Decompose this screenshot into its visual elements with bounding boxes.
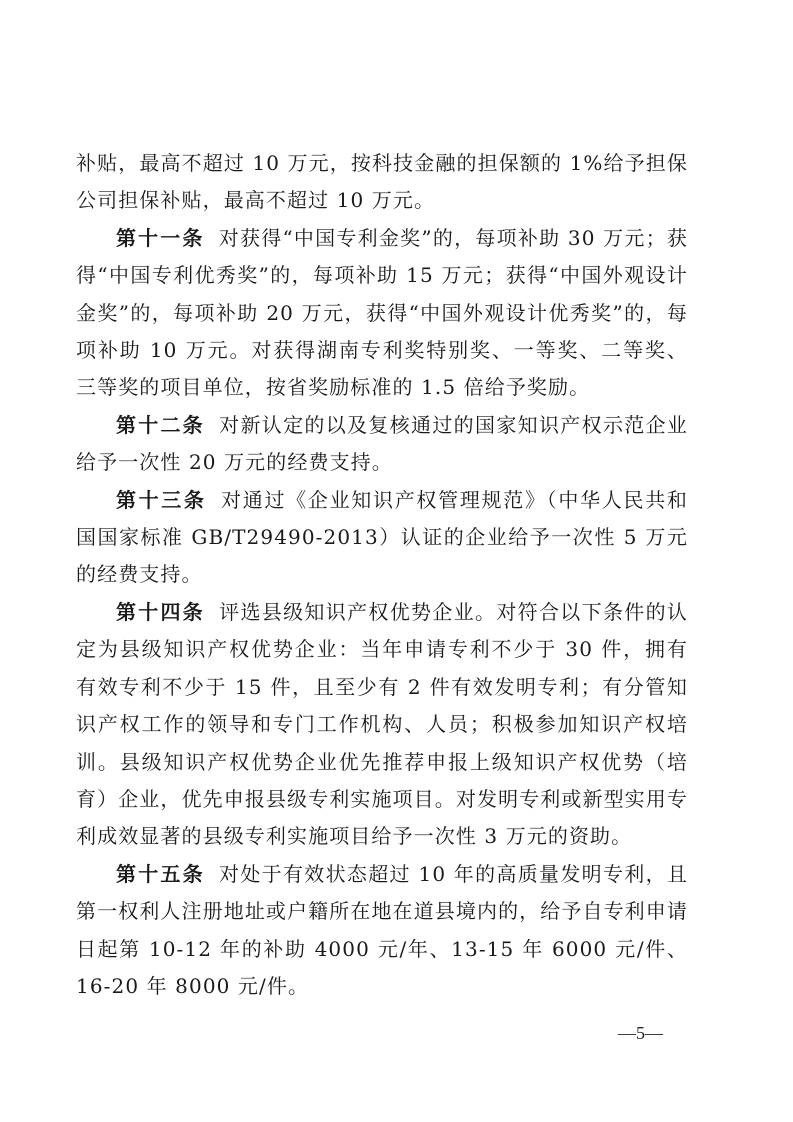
article-heading: 第十五条	[116, 862, 205, 886]
article-14: 第十四条评选县级知识产权优势企业。对符合以下条件的认定为县级知识产权优势企业：当…	[76, 594, 688, 856]
page-number: —5—	[618, 1023, 663, 1044]
article-heading: 第十一条	[116, 226, 205, 250]
article-heading: 第十三条	[116, 488, 206, 512]
article-11: 第十一条对获得“中国专利金奖”的，每项补助 30 万元；获得“中国专利优秀奖”的…	[76, 220, 688, 407]
document-page: 补贴，最高不超过 10 万元，按科技金融的担保额的 1%给予担保公司担保补贴，最…	[76, 145, 688, 1005]
article-12: 第十二条对新认定的以及复核通过的国家知识产权示范企业给予一次性 20 万元的经费…	[76, 407, 688, 482]
article-15: 第十五条对处于有效状态超过 10 年的高质量发明专利，且第一权利人注册地址或户籍…	[76, 856, 688, 1006]
article-heading: 第十四条	[116, 600, 205, 624]
article-heading: 第十二条	[116, 413, 205, 437]
article-text: 评选县级知识产权优势企业。对符合以下条件的认定为县级知识产权优势企业：当年申请专…	[76, 600, 688, 848]
article-text: 对获得“中国专利金奖”的，每项补助 30 万元；获得“中国专利优秀奖”的，每项补…	[76, 226, 688, 400]
paragraph-text: 补贴，最高不超过 10 万元，按科技金融的担保额的 1%给予担保公司担保补贴，最…	[76, 151, 688, 212]
article-13: 第十三条对通过《企业知识产权管理规范》（中华人民共和国国家标准 GB/T2949…	[76, 482, 688, 594]
paragraph-continued: 补贴，最高不超过 10 万元，按科技金融的担保额的 1%给予担保公司担保补贴，最…	[76, 145, 688, 220]
